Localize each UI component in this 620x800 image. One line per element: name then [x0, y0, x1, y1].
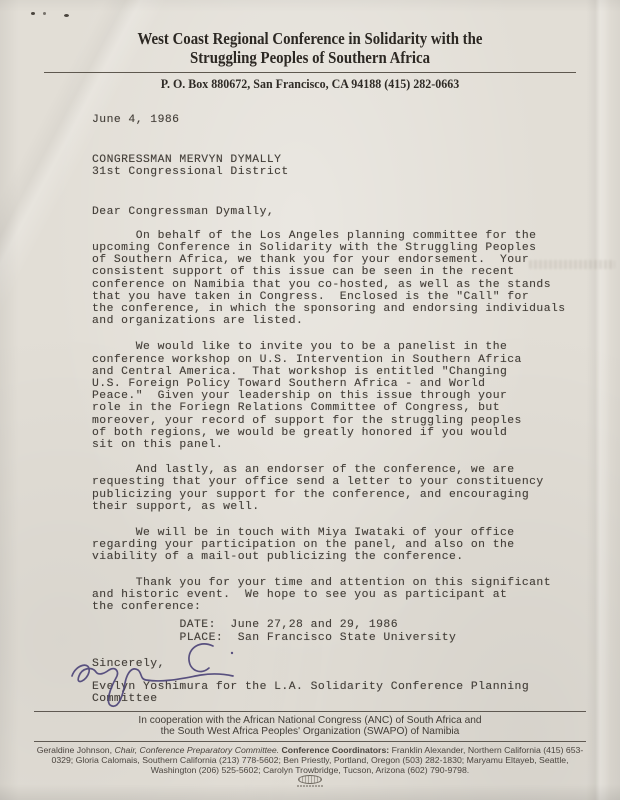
cooperation-line1: In cooperation with the African National… — [34, 715, 586, 726]
letter-footer: In cooperation with the African National… — [0, 711, 620, 776]
union-bug-caption — [297, 785, 323, 787]
staple-mark-dot — [64, 14, 69, 17]
credits-name: Geraldine Johnson, — [37, 745, 115, 755]
letter-paragraph: And lastly, as an endorser of the confer… — [92, 464, 612, 513]
credits-role: Chair, Conference Preparatory Committee. — [114, 745, 279, 755]
letter-paragraph: We will be in touch with Miya Iwataki of… — [92, 527, 612, 564]
letterhead-title-line2: Struggling Peoples of Southern Africa — [31, 48, 589, 67]
letter-salutation: Dear Congressman Dymally, — [92, 206, 612, 218]
letter-paragraph: On behalf of the Los Angeles planning co… — [92, 230, 612, 328]
letterhead-title-line1: West Coast Regional Conference in Solida… — [31, 29, 589, 48]
letterhead: West Coast Regional Conference in Solida… — [0, 0, 620, 91]
letterhead-rule — [44, 72, 576, 73]
staple-mark-dot — [31, 12, 35, 15]
letter-body: June 4, 1986 CONGRESSMAN MERVYN DYMALLY … — [92, 114, 612, 710]
union-bug-logo — [297, 775, 323, 787]
letterhead-title: West Coast Regional Conference in Solida… — [31, 29, 589, 67]
letter-date: June 4, 1986 — [92, 114, 612, 126]
staple-mark-dot — [43, 12, 46, 15]
ink-offset-smudge — [529, 260, 615, 269]
cooperation-statement: In cooperation with the African National… — [34, 711, 586, 742]
letter-closing: Sincerely, — [92, 658, 612, 670]
scanned-letter-page: West Coast Regional Conference in Solida… — [0, 0, 620, 800]
letter-paragraph: We would like to invite you to be a pane… — [92, 341, 612, 451]
conference-date-place: DATE: June 27,28 and 29, 1986 PLACE: San… — [92, 619, 612, 643]
coordinators-credits: Geraldine Johnson, Chair, Conference Pre… — [32, 746, 588, 776]
credits-coordinators-label: Conference Coordinators: — [279, 745, 391, 755]
union-bug-oval — [298, 775, 322, 784]
letter-paragraph: Thank you for your time and attention on… — [92, 577, 612, 614]
cooperation-line2: the South West Africa Peoples' Organizat… — [34, 726, 586, 737]
letter-signer: Evelyn Yoshimura for the L.A. Solidarity… — [92, 681, 612, 705]
letter-recipient: CONGRESSMAN MERVYN DYMALLY 31st Congress… — [92, 154, 612, 178]
letterhead-address: P. O. Box 880672, San Francisco, CA 9418… — [12, 77, 607, 91]
